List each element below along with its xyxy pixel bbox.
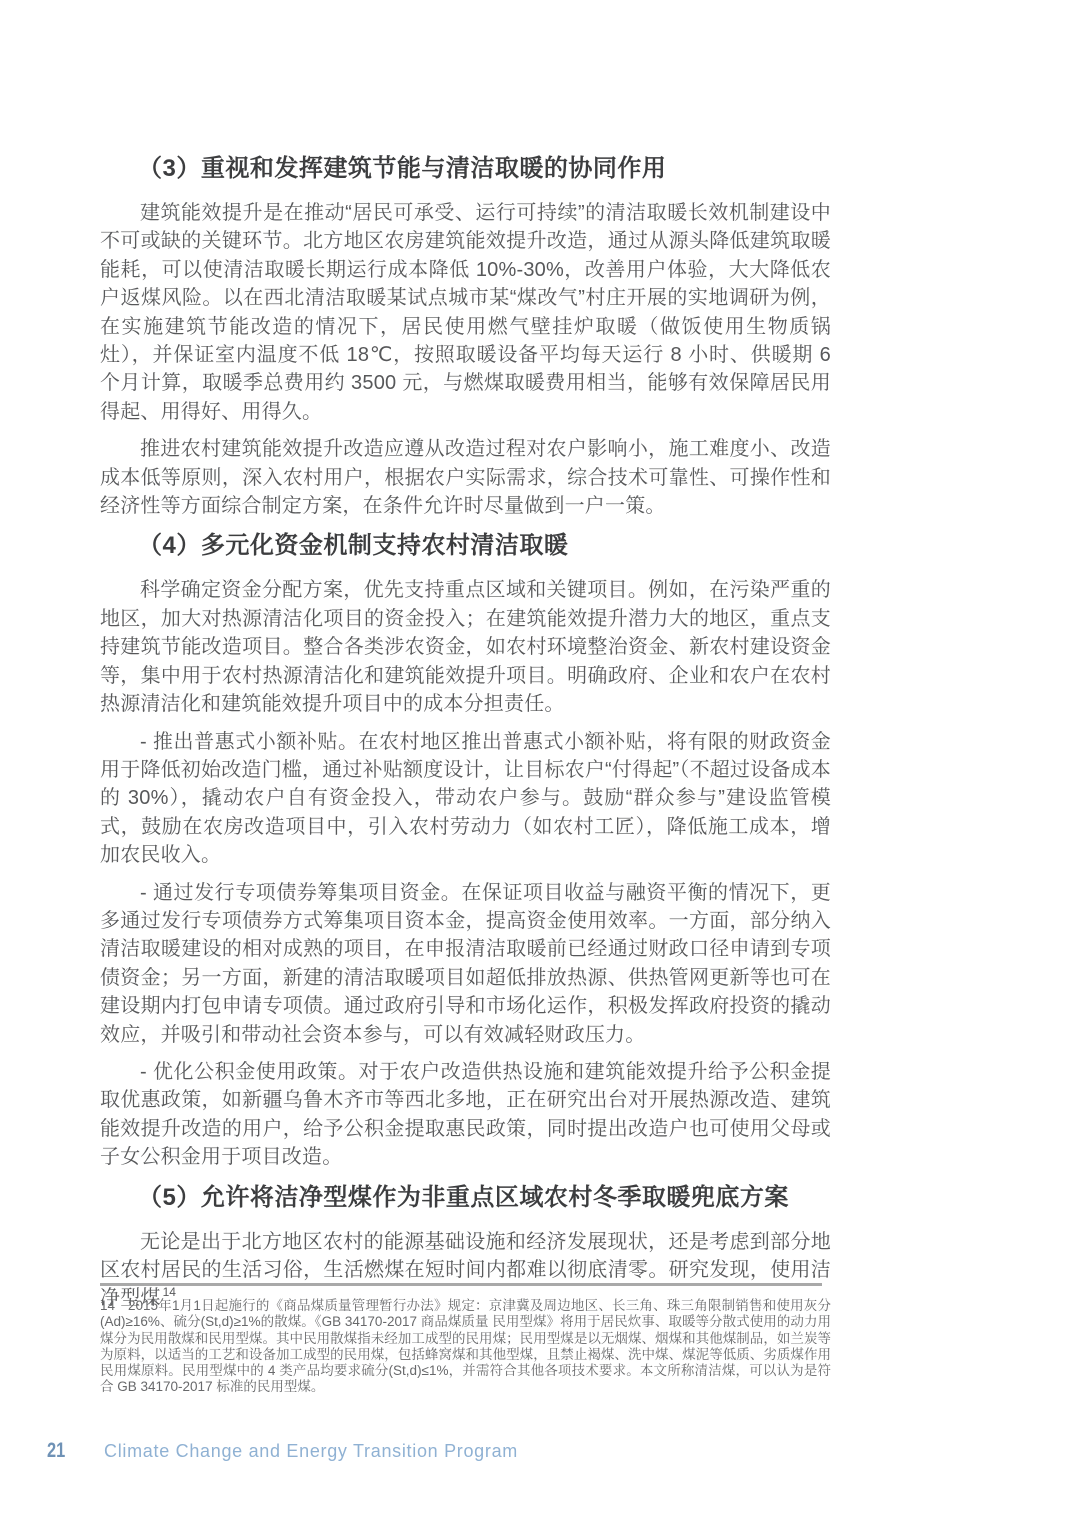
body-paragraph: 推进农村建筑能效提升改造应遵从改造过程对农户影响小，施工难度小、改造成本低等原则… [100, 435, 831, 520]
footer-program-name: Climate Change and Energy Transition Pro… [104, 1441, 518, 1462]
page-number: 21 [47, 1439, 65, 1463]
section-heading: （5）允许将洁净型煤作为非重点区域农村冬季取暖兜底方案 [100, 1181, 831, 1214]
body-paragraph: 建筑能效提升是在推动“居民可承受、运行可持续”的清洁取暖长效机制建设中不可或缺的… [100, 199, 831, 426]
body-paragraph: - 通过发行专项债券筹集项目资金。在保证项目收益与融资平衡的情况下，更多通过发行… [100, 879, 831, 1049]
section-heading: （3）重视和发挥建筑节能与清洁取暖的协同作用 [100, 152, 831, 185]
body-paragraph: - 优化公积金使用政策。对于农户改造供热设施和建筑能效提升给予公积金提取优惠政策… [100, 1058, 831, 1172]
footnote: 142015年1月1日起施行的《商品煤质量管理暂行办法》规定：京津冀及周边地区、… [100, 1298, 831, 1396]
footnote-reference: 14 [163, 1285, 176, 1299]
footnote-divider [100, 1283, 822, 1286]
section-heading: （4）多元化资金机制支持农村清洁取暖 [100, 529, 831, 562]
footnote-number: 14 [100, 1298, 115, 1313]
body-paragraph: 科学确定资金分配方案，优先支持重点区域和关键项目。例如，在污染严重的地区，加大对… [100, 576, 831, 718]
document-page: （3）重视和发挥建筑节能与清洁取暖的协同作用建筑能效提升是在推动“居民可承受、运… [0, 0, 1080, 1527]
body-paragraph: - 推出普惠式小额补贴。在农村地区推出普惠式小额补贴，将有限的财政资金用于降低初… [100, 728, 831, 870]
footnote-text: 2015年1月1日起施行的《商品煤质量管理暂行办法》规定：京津冀及周边地区、长三… [100, 1298, 831, 1394]
page-content: （3）重视和发挥建筑节能与清洁取暖的协同作用建筑能效提升是在推动“居民可承受、运… [100, 152, 831, 1322]
